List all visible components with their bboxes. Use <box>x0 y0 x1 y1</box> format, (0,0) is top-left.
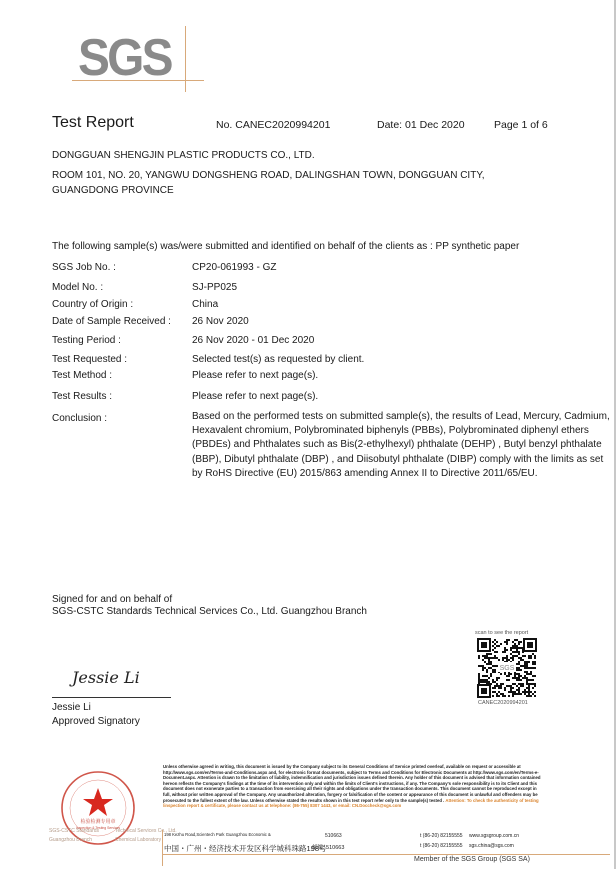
field-label-model-no: Model No. : <box>52 282 103 293</box>
signatory-role: Approved Signatory <box>52 716 140 727</box>
conclusion-text: Based on the performed tests on submitte… <box>192 410 612 481</box>
report-number: No. CANEC2020994201 <box>216 119 330 131</box>
footer-zip-en: 510663 <box>325 833 342 839</box>
field-label-country: Country of Origin : <box>52 299 133 310</box>
field-value-model-no: SJ-PP025 <box>192 282 237 293</box>
field-label-test-method: Test Method : <box>52 370 112 381</box>
signatory-name: Jessie Li <box>52 702 91 713</box>
sgs-group-membership: Member of the SGS Group (SGS SA) <box>414 856 530 863</box>
stamp-left-line-2: Guangzhou Branch <box>49 836 99 845</box>
signed-line-1: Signed for and on behalf of <box>52 594 367 606</box>
svg-text:检验检测专用章: 检验检测专用章 <box>80 818 115 825</box>
field-label-job-no: SGS Job No. : <box>52 262 116 273</box>
field-value-test-results: Please refer to next page(s). <box>192 391 318 402</box>
field-label-testing-period: Testing Period : <box>52 335 121 346</box>
qr-report-id: CANEC2020994201 <box>478 700 528 706</box>
field-value-date-received: 26 Nov 2020 <box>192 316 249 327</box>
svg-text:SGS: SGS <box>500 665 515 672</box>
field-value-testing-period: 26 Nov 2020 - 01 Dec 2020 <box>192 335 314 346</box>
stamp-left-line-1: SGS-CSTC Standards <box>49 827 99 836</box>
footer-rule-vertical <box>162 830 163 866</box>
terms-fine-print: Unless otherwise agreed in writing, this… <box>163 764 543 809</box>
sample-intro: The following sample(s) was/were submitt… <box>52 241 519 252</box>
footer-rule-horizontal <box>162 854 610 855</box>
field-value-country: China <box>192 299 218 310</box>
signed-on-behalf: Signed for and on behalf of SGS-CSTC Sta… <box>52 594 367 617</box>
field-label-date-received: Date of Sample Received : <box>52 316 171 327</box>
client-company: DONGGUAN SHENGJIN PLASTIC PRODUCTS CO., … <box>52 150 315 161</box>
logo-rule-vertical <box>185 26 186 92</box>
footer-address-cn: 中国・广州・经济技术开发区科学城科珠路198号 <box>164 843 327 854</box>
field-value-test-method: Please refer to next page(s). <box>192 370 318 381</box>
field-value-job-no: CP20-061993 - GZ <box>192 262 277 273</box>
qr-code-icon[interactable]: SGS <box>476 637 538 699</box>
handwritten-signature: Jessie Li <box>72 668 140 687</box>
field-label-test-results: Test Results : <box>52 391 112 402</box>
field-label-conclusion: Conclusion : <box>52 413 107 424</box>
signature-line <box>52 697 171 698</box>
qr-caption: scan to see the report <box>475 630 528 636</box>
footer-address-en: 198 Kezhu Road,Scientech Park Guangzhou … <box>164 832 272 837</box>
footer-telephone-2: t (86-20) 82155555 <box>420 843 463 849</box>
report-date: Date: 01 Dec 2020 <box>377 119 465 131</box>
logo-text: SGS <box>78 28 171 88</box>
footer-email[interactable]: sgs.china@sgs.com <box>469 843 514 849</box>
stamp-text-left: SGS-CSTC Standards Guangzhou Branch <box>49 827 99 845</box>
report-title: Test Report <box>52 114 134 132</box>
page-indicator: Page 1 of 6 <box>494 119 548 131</box>
sgs-logo: SGS <box>60 20 180 80</box>
footer-telephone-1: t (86-20) 82155555 <box>420 833 463 839</box>
field-value-test-requested: Selected test(s) as requested by client. <box>192 354 364 365</box>
client-address: ROOM 101, NO. 20, YANGWU DONGSHENG ROAD,… <box>52 168 522 198</box>
signed-line-2: SGS-CSTC Standards Technical Services Co… <box>52 606 367 618</box>
footer-website[interactable]: www.sgsgroup.com.cn <box>469 833 519 839</box>
field-label-test-requested: Test Requested : <box>52 354 127 365</box>
footer-zip-cn: 邮编: 510663 <box>312 843 344 851</box>
